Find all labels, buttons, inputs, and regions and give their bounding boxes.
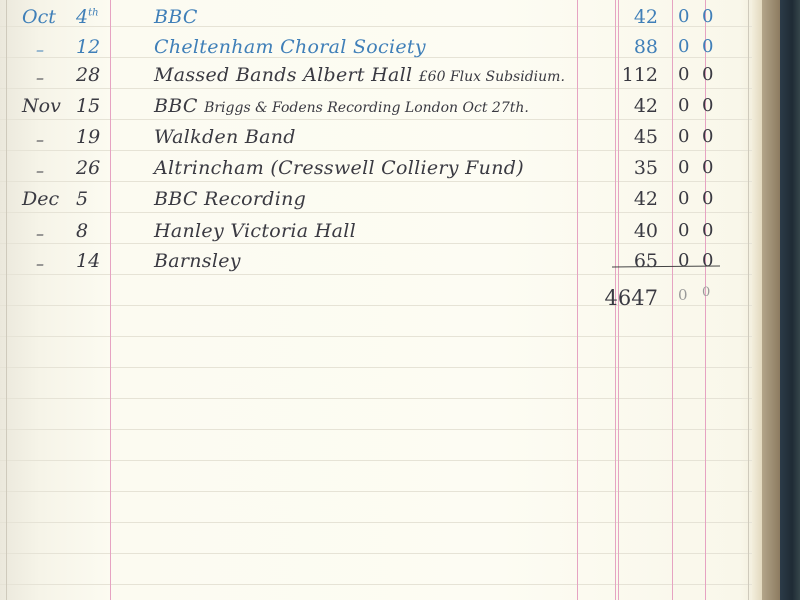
ruled-line (0, 522, 762, 523)
entry-pounds: 65 (600, 252, 658, 271)
ruled-line (0, 429, 762, 430)
total-pounds: 4647 (592, 288, 658, 309)
ruled-line (0, 150, 762, 151)
entry-day: 26 (76, 159, 106, 178)
shillings-column-rule (672, 0, 673, 600)
entry-day: 4th (76, 8, 106, 27)
ruled-line (0, 243, 762, 244)
entry-day-number: 4 (76, 6, 88, 28)
page-edge (752, 0, 762, 600)
entry-description: BBC (154, 8, 198, 27)
entry-description-text: BBC (154, 6, 198, 28)
entry-description: BBC Recording (154, 190, 306, 209)
entry-month: – (36, 226, 44, 242)
entry-shillings: 0 (678, 159, 689, 177)
ruled-line (0, 88, 762, 89)
entry-day: 15 (76, 97, 106, 116)
entry-description-text: BBC (154, 95, 198, 117)
entry-shillings: 0 (678, 222, 689, 240)
amount-column-rule (577, 0, 578, 600)
entry-description: Hanley Victoria Hall (154, 222, 356, 241)
ruled-line (0, 398, 762, 399)
entry-month: Dec (22, 190, 59, 209)
entry-pounds: 45 (600, 128, 658, 147)
total-pence: 0 (702, 286, 710, 299)
ruled-line (0, 460, 762, 461)
entry-shillings: 0 (678, 97, 689, 115)
ledger-page: Oct 4th BBC 42 0 0 – 12 Cheltenham Chora… (0, 0, 762, 600)
entry-day: 5 (76, 190, 106, 209)
entry-description: Barnsley (154, 252, 241, 271)
entry-description-text: Massed Bands Albert Hall (154, 64, 412, 86)
entry-day-number: 8 (76, 220, 88, 242)
entry-shillings: 0 (678, 38, 689, 56)
ruled-line (0, 336, 762, 337)
ruled-line (0, 212, 762, 213)
entry-day: 8 (76, 222, 106, 241)
ruled-line (0, 584, 762, 585)
entry-day-number: 19 (76, 126, 100, 148)
entry-pence: 0 (702, 8, 713, 26)
cover-board (762, 0, 780, 600)
entry-pence: 0 (702, 128, 713, 146)
entry-month: – (36, 256, 44, 272)
ruled-line (0, 367, 762, 368)
entry-pounds: 112 (600, 66, 658, 85)
entry-day-number: 12 (76, 36, 100, 58)
entry-note: Briggs & Fodens Recording London Oct 27t… (204, 100, 529, 116)
entry-description-text: BBC Recording (154, 188, 306, 210)
entry-note: £60 Flux Subsidium. (419, 69, 565, 85)
entry-description: Massed Bands Albert Hall £60 Flux Subsid… (154, 66, 565, 85)
entry-month: – (36, 42, 44, 58)
entry-pence: 0 (702, 97, 713, 115)
entry-pence: 0 (702, 159, 713, 177)
entry-description: Altrincham (Cresswell Colliery Fund) (154, 159, 524, 178)
entry-shillings: 0 (678, 128, 689, 146)
entry-day-number: 15 (76, 95, 100, 117)
entry-month: Nov (22, 97, 61, 116)
entry-description-text: Cheltenham Choral Society (154, 36, 426, 58)
entry-description: Walkden Band (154, 128, 296, 147)
entry-day-number: 5 (76, 188, 88, 210)
entry-description-text: Altrincham (Cresswell Colliery Fund) (154, 157, 524, 179)
entry-pence: 0 (702, 190, 713, 208)
entry-shillings: 0 (678, 252, 689, 270)
entry-pounds: 42 (600, 8, 658, 27)
entry-day-suffix: th (88, 8, 98, 19)
entry-day-number: 28 (76, 64, 100, 86)
book-binding (780, 0, 800, 600)
entry-pence: 0 (702, 38, 713, 56)
entry-month: – (36, 163, 44, 179)
entry-month: Oct (22, 8, 56, 27)
entry-month: – (36, 70, 44, 86)
ruled-line (0, 274, 762, 275)
ruled-line (0, 181, 762, 182)
entry-day: 28 (76, 66, 106, 85)
entry-pence: 0 (702, 252, 713, 270)
ruled-line (0, 553, 762, 554)
entry-pounds: 40 (600, 222, 658, 241)
entry-pounds: 42 (600, 97, 658, 116)
entry-shillings: 0 (678, 8, 689, 26)
entry-shillings: 0 (678, 190, 689, 208)
entry-month: – (36, 132, 44, 148)
entry-pounds: 88 (600, 38, 658, 57)
entry-day: 19 (76, 128, 106, 147)
entry-description-text: Hanley Victoria Hall (154, 220, 356, 242)
entry-pence: 0 (702, 66, 713, 84)
entry-day-number: 14 (76, 250, 100, 272)
entry-description: Cheltenham Choral Society (154, 38, 426, 57)
entry-pounds: 35 (600, 159, 658, 178)
entry-shillings: 0 (678, 66, 689, 84)
outer-margin-rule (748, 0, 749, 600)
entry-description-text: Walkden Band (154, 126, 296, 148)
entry-day: 14 (76, 252, 106, 271)
ruled-line (0, 491, 762, 492)
entry-pence: 0 (702, 222, 713, 240)
total-shillings: 0 (678, 288, 688, 303)
pence-column-rule (705, 0, 706, 600)
entry-day-number: 26 (76, 157, 100, 179)
entry-description: BBC Briggs & Fodens Recording London Oct… (154, 97, 529, 116)
date-margin-rule (110, 0, 111, 600)
entry-pounds: 42 (600, 190, 658, 209)
ruled-line (0, 119, 762, 120)
entry-description-text: Barnsley (154, 250, 241, 272)
entry-day: 12 (76, 38, 106, 57)
page-edge-rule (6, 0, 7, 600)
